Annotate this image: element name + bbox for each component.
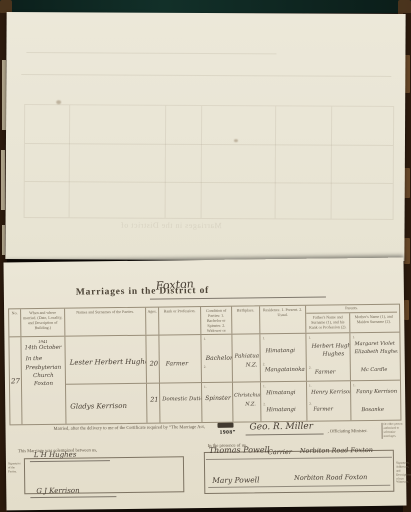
- bleed-line: [26, 52, 276, 54]
- groom-name-cell: Lester Herbert Hughes: [65, 336, 147, 384]
- printed-mark: 1.: [309, 384, 312, 388]
- bride-rank: Domestic Duties: [162, 396, 202, 403]
- groom-mother-name-2: Elizabeth Hughes: [355, 349, 398, 356]
- when-line: Presbyterian: [22, 363, 65, 372]
- groom-mother-cell: 1. Margaret Violet Elizabeth Hughes Mc C…: [350, 333, 398, 381]
- edge-patch: [404, 238, 410, 264]
- bride-rank-cell: Domestic Duties: [160, 383, 202, 423]
- groom-father-rank: Farmer: [315, 369, 336, 375]
- header-names: Names and Surnames of the Parties.: [65, 308, 146, 336]
- when-line: 14th October: [22, 344, 65, 353]
- printed-mark: 1.: [203, 337, 206, 341]
- groom-name: Lester Herbert Hughes: [70, 358, 147, 367]
- printed-mark: 1.: [308, 336, 311, 340]
- header-rank: Rank or Profession.: [159, 307, 201, 335]
- printed-mark: 2.: [263, 362, 266, 366]
- bride-mother-name: Fanny Kerrison: [356, 389, 397, 396]
- blank-facing-page: Marriages in the District of: [5, 12, 405, 261]
- entry-number-cell: 27: [9, 337, 22, 424]
- groom-mother-name: Margaret Violet: [354, 341, 394, 347]
- register-entry-27: 27 1941 14th October In the Presbyterian…: [9, 333, 400, 425]
- witnesses-margin-note: Signatures, Addresses, and Descriptions …: [396, 462, 406, 485]
- groom-birthplace-cell: Pahiatua N.Z.: [232, 334, 261, 381]
- party-signature-line: [30, 496, 116, 498]
- bride-age: 21: [150, 396, 158, 404]
- printed-mark: 1.: [352, 335, 355, 339]
- witness2-address: Norbiton Road Foxton: [294, 473, 367, 482]
- register-book-photo: Marriages in the District of Marriages i…: [0, 0, 411, 512]
- header-mother: Mother's Name (1), and Maiden Surname (2…: [350, 313, 397, 333]
- header-no: No.: [9, 309, 21, 336]
- header-residence: Residence. 1. Present. 2. Usual.: [260, 306, 306, 334]
- printed-mark: 2.: [309, 402, 312, 406]
- groom-rank: Farmer: [166, 360, 188, 367]
- printed-mark: 1.: [263, 384, 266, 388]
- bride-birthplace-cell: Christchurch N.Z.: [233, 382, 261, 421]
- groom-row: Lester Herbert Hughes 20 Farmer 1. 2. Ba…: [65, 333, 400, 385]
- header-ages: Ages.: [146, 308, 159, 335]
- groom-residence-present: Himatangi: [266, 348, 295, 354]
- district-handwritten: Foxton: [155, 277, 194, 292]
- groom-father-name: Herbert Hugh: [312, 343, 351, 349]
- printed-mark: 1.: [353, 383, 356, 387]
- bride-mother-maiden: Bosanke: [361, 407, 384, 413]
- groom-birthplace: Pahiatua: [235, 353, 259, 359]
- header-birthplace: Birthplace.: [232, 306, 260, 333]
- bride-residence-present: Himatangi: [266, 390, 295, 396]
- photo-top-band: [0, 0, 411, 13]
- header-when-where: When and where married. (Date, Locality,…: [21, 309, 65, 337]
- bleed-mirrored-title: Marriages in the District of: [121, 221, 222, 231]
- bleed-grid-line: [165, 106, 167, 218]
- groom-father-cell: 1. 2. Herbert Hugh Hughes Farmer: [306, 333, 351, 381]
- groom-mother-maiden: Mc Cardle: [361, 367, 388, 373]
- bleed-grid-line: [69, 105, 71, 217]
- bride-birthplace-2: N.Z.: [245, 401, 256, 407]
- when-where-cell: 1941 14th October In the Presbyterian Ch…: [21, 337, 66, 425]
- bride-residence-cell: 1. 2. Himatangi Himatangi: [261, 382, 307, 422]
- printed-mark: 2.: [263, 402, 266, 406]
- bride-father-cell: 1. 2. Henry Kerrison Farmer: [307, 381, 351, 421]
- edge-patch: [404, 168, 410, 198]
- party-signature-bride: G J Kerrison: [36, 487, 79, 496]
- bleed-grid-line: [201, 106, 203, 218]
- parties-margin-note: Signatures of the Parties.: [8, 462, 22, 474]
- bleed-grid-line: [25, 143, 393, 146]
- entry-number: 27: [11, 377, 20, 385]
- printed-mark: 2.: [309, 366, 312, 370]
- edge-patch: [404, 300, 409, 320]
- smudge: [56, 100, 61, 104]
- groom-residence-usual: Mangatainoka: [265, 367, 305, 373]
- header-father: Father's Name and Surname (1), and his R…: [306, 313, 350, 333]
- minister-signature-line: [246, 434, 324, 436]
- bride-age-cell: 21: [147, 384, 160, 423]
- bride-father-name: Henry Kerrison: [311, 389, 351, 396]
- when-line: Foxton: [22, 380, 65, 389]
- groom-condition-cell: 1. 2. Bachelor: [201, 335, 233, 382]
- bride-row: Gladys Kerrison 21 Domestic Duties 1. Sp…: [66, 381, 400, 424]
- officiating-minister-label: , Officiating Minister.: [328, 428, 368, 433]
- stamp-smear: [217, 423, 233, 428]
- bride-residence-usual: Himatangi: [266, 407, 295, 413]
- bride-name-cell: Gladys Kerrison: [66, 384, 147, 424]
- party-signature-groom: L H Hughes: [34, 451, 77, 460]
- groom-age-cell: 20: [146, 336, 160, 383]
- bride-condition: Spinster: [205, 395, 231, 402]
- witness1-address: Norbiton Road Foxton: [300, 446, 373, 455]
- printed-mark: 2.: [204, 365, 207, 369]
- bleed-grid-line: [25, 181, 393, 184]
- minister-side-note: Or other person authorised to solemnise …: [381, 423, 403, 439]
- bride-name: Gladys Kerrison: [70, 402, 127, 411]
- bleed-grid-line: [275, 106, 277, 218]
- marriage-act-year-stamp: 1908”: [220, 430, 236, 436]
- groom-rank-cell: Farmer: [159, 335, 202, 383]
- printed-mark: 1.: [204, 385, 207, 389]
- marriage-register-page: Marriages in the District of Foxton No. …: [4, 258, 407, 511]
- bleed-grid-line: [331, 107, 333, 219]
- witness2-signature: Mary Powell: [212, 475, 259, 485]
- header-condition: Condition of Parties: 1. Bachelor or Spi…: [201, 307, 232, 334]
- witness1-occupation: Carrier: [268, 448, 292, 456]
- groom-age: 20: [150, 360, 158, 368]
- bride-condition-cell: 1. Spinster: [202, 383, 233, 422]
- bleed-line: [21, 74, 391, 77]
- groom-birthplace-2: N.Z.: [246, 362, 258, 368]
- groom-residence-cell: 1. 2. Himatangi Mangatainoka: [260, 334, 307, 382]
- title-underline: [150, 297, 326, 300]
- bride-birthplace: Christchurch: [234, 392, 261, 398]
- groom-father-name-2: Hughes: [323, 351, 345, 357]
- witness1-signature: Thomas Powell: [209, 445, 270, 455]
- bride-father-rank: Farmer: [313, 406, 333, 412]
- page-stack-edge: [1, 150, 5, 210]
- register-table: No. When and where married. (Date, Local…: [8, 304, 401, 426]
- bleed-table-grid: [24, 104, 395, 220]
- smudge: [234, 139, 238, 142]
- minister-signature: Geo. R. Miller: [249, 422, 313, 433]
- groom-condition: Bachelor: [206, 355, 233, 362]
- certify-line: Married, after the delivery to me of the…: [54, 424, 205, 431]
- header-parents-group: Parents. Father's Name and Surname (1), …: [306, 305, 397, 333]
- bride-mother-cell: 1. Fanny Kerrison Bosanke: [351, 381, 398, 421]
- printed-mark: 1.: [262, 336, 265, 340]
